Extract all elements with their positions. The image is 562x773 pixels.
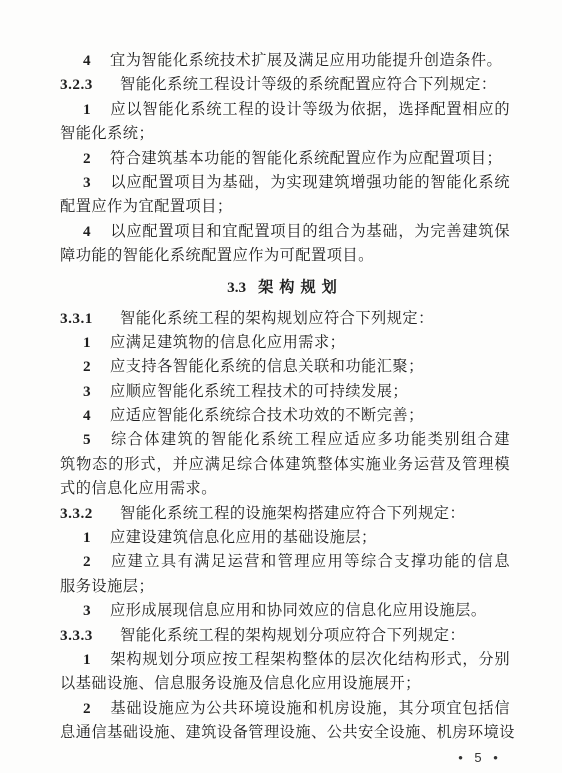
item-continuation: 配置应作为宜配置项目； bbox=[60, 194, 510, 218]
list-item: 1应满足建筑物的信息化应用需求； bbox=[60, 330, 510, 354]
list-item: 2应建立具有满足运营和管理应用等综合支撑功能的信息 bbox=[60, 549, 510, 573]
page-content: 4宜为智能化系统技术扩展及满足应用功能提升创造条件。 3.2.3智能化系统工程设… bbox=[60, 48, 510, 745]
item-number: 4 bbox=[83, 404, 110, 428]
item-number: 2 bbox=[83, 147, 110, 171]
list-item: 3以应配置项目为基础，为实现建筑增强功能的智能化系统 bbox=[60, 170, 510, 194]
item-text: 应支持各智能化系统的信息关联和功能汇聚； bbox=[110, 357, 424, 375]
item-number: 2 bbox=[83, 550, 110, 574]
item-text: 宜为智能化系统技术扩展及满足应用功能提升创造条件。 bbox=[110, 51, 502, 69]
item-text: 应建立具有满足运营和管理应用等综合支撑功能的信息 bbox=[110, 552, 510, 570]
section-number: 3.3 bbox=[227, 279, 246, 296]
clause: 3.2.3智能化系统工程设计等级的系统配置应符合下列规定： bbox=[60, 72, 510, 96]
page-number: • 5 • bbox=[440, 750, 520, 765]
item-number: 1 bbox=[83, 98, 110, 122]
clause: 3.3.1智能化系统工程的架构规划应符合下列规定： bbox=[60, 306, 510, 330]
item-continuation: 智能化系统； bbox=[60, 121, 510, 145]
item-continuation: 式的信息化应用需求。 bbox=[60, 476, 510, 500]
item-number: 4 bbox=[83, 220, 110, 244]
item-continuation: 服务设施层； bbox=[60, 574, 510, 598]
list-item: 2基础设施应为公共环境设施和机房设施，其分项宜包括信 bbox=[60, 696, 510, 720]
item-number: 5 bbox=[83, 428, 110, 452]
item-text: 以应配置项目为基础，为实现建筑增强功能的智能化系统 bbox=[110, 173, 510, 191]
item-text: 综合体建筑的智能化系统工程应适应多功能类别组合建 bbox=[110, 430, 510, 448]
list-item: 1架构规划分项应按工程架构整体的层次化结构形式，分别 bbox=[60, 647, 510, 671]
item-text: 应建设建筑信息化应用的基础设施层； bbox=[110, 528, 377, 546]
list-item: 4宜为智能化系统技术扩展及满足应用功能提升创造条件。 bbox=[60, 48, 510, 72]
item-text: 基础设施应为公共环境设施和机房设施，其分项宜包括信 bbox=[110, 699, 510, 717]
item-text: 应适应智能化系统综合技术功效的不断完善； bbox=[110, 406, 424, 424]
item-continuation: 筑物态的形式，并应满足综合体建筑整体实施业务运营及管理模 bbox=[60, 452, 510, 476]
item-number: 1 bbox=[83, 526, 110, 550]
list-item: 3应顺应智能化系统工程技术的可持续发展； bbox=[60, 379, 510, 403]
list-item: 3应形成展现信息应用和协同效应的信息化应用设施层。 bbox=[60, 598, 510, 622]
item-number: 1 bbox=[83, 331, 110, 355]
section-title: 架构规划 bbox=[258, 278, 343, 296]
clause-number: 3.3.3 bbox=[60, 624, 120, 648]
clause-number: 3.3.1 bbox=[60, 307, 120, 331]
section-heading: 3.3架构规划 bbox=[60, 270, 510, 304]
item-number: 3 bbox=[83, 380, 110, 404]
item-number: 2 bbox=[83, 697, 110, 721]
clause-text: 智能化系统工程的设施架构搭建应符合下列规定： bbox=[120, 504, 465, 522]
document-page: 4宜为智能化系统技术扩展及满足应用功能提升创造条件。 3.2.3智能化系统工程设… bbox=[0, 0, 562, 773]
clause-text: 智能化系统工程的架构规划应符合下列规定： bbox=[120, 309, 434, 327]
list-item: 1应建设建筑信息化应用的基础设施层； bbox=[60, 525, 510, 549]
list-item: 5综合体建筑的智能化系统工程应适应多功能类别组合建 bbox=[60, 427, 510, 451]
item-text: 应顺应智能化系统工程技术的可持续发展； bbox=[110, 382, 408, 400]
list-item: 2符合建筑基本功能的智能化系统配置应作为应配置项目； bbox=[60, 146, 510, 170]
item-number: 3 bbox=[83, 171, 110, 195]
item-text: 应以智能化系统工程的设计等级为依据，选择配置相应的 bbox=[110, 100, 510, 118]
list-item: 4应适应智能化系统综合技术功效的不断完善； bbox=[60, 403, 510, 427]
list-item: 1应以智能化系统工程的设计等级为依据，选择配置相应的 bbox=[60, 97, 510, 121]
item-text: 应满足建筑物的信息化应用需求； bbox=[110, 333, 345, 351]
list-item: 4以应配置项目和宜配置项目的组合为基础，为完善建筑保 bbox=[60, 219, 510, 243]
item-continuation: 障功能的智能化系统配置应作为可配置项目。 bbox=[60, 243, 510, 267]
item-continuation: 息通信基础设施、建筑设备管理设施、公共安全设施、机房环境设 bbox=[60, 720, 510, 744]
clause: 3.3.3智能化系统工程的架构规划分项应符合下列规定： bbox=[60, 623, 510, 647]
item-number: 3 bbox=[83, 599, 110, 623]
item-number: 1 bbox=[83, 648, 110, 672]
item-number: 2 bbox=[83, 355, 110, 379]
clause-number: 3.2.3 bbox=[60, 73, 120, 97]
item-number: 4 bbox=[83, 49, 110, 73]
item-text: 架构规划分项应按工程架构整体的层次化结构形式，分别 bbox=[110, 650, 510, 668]
list-item: 2应支持各智能化系统的信息关联和功能汇聚； bbox=[60, 354, 510, 378]
item-continuation: 以基础设施、信息服务设施及信息化应用设施展开； bbox=[60, 671, 510, 695]
item-text: 以应配置项目和宜配置项目的组合为基础，为完善建筑保 bbox=[110, 222, 510, 240]
item-text: 符合建筑基本功能的智能化系统配置应作为应配置项目； bbox=[110, 149, 502, 167]
clause-text: 智能化系统工程的架构规划分项应符合下列规定： bbox=[120, 626, 465, 644]
clause-text: 智能化系统工程设计等级的系统配置应符合下列规定： bbox=[120, 75, 497, 93]
clause: 3.3.2智能化系统工程的设施架构搭建应符合下列规定： bbox=[60, 501, 510, 525]
clause-number: 3.3.2 bbox=[60, 502, 120, 526]
item-text: 应形成展现信息应用和协同效应的信息化应用设施层。 bbox=[110, 601, 487, 619]
